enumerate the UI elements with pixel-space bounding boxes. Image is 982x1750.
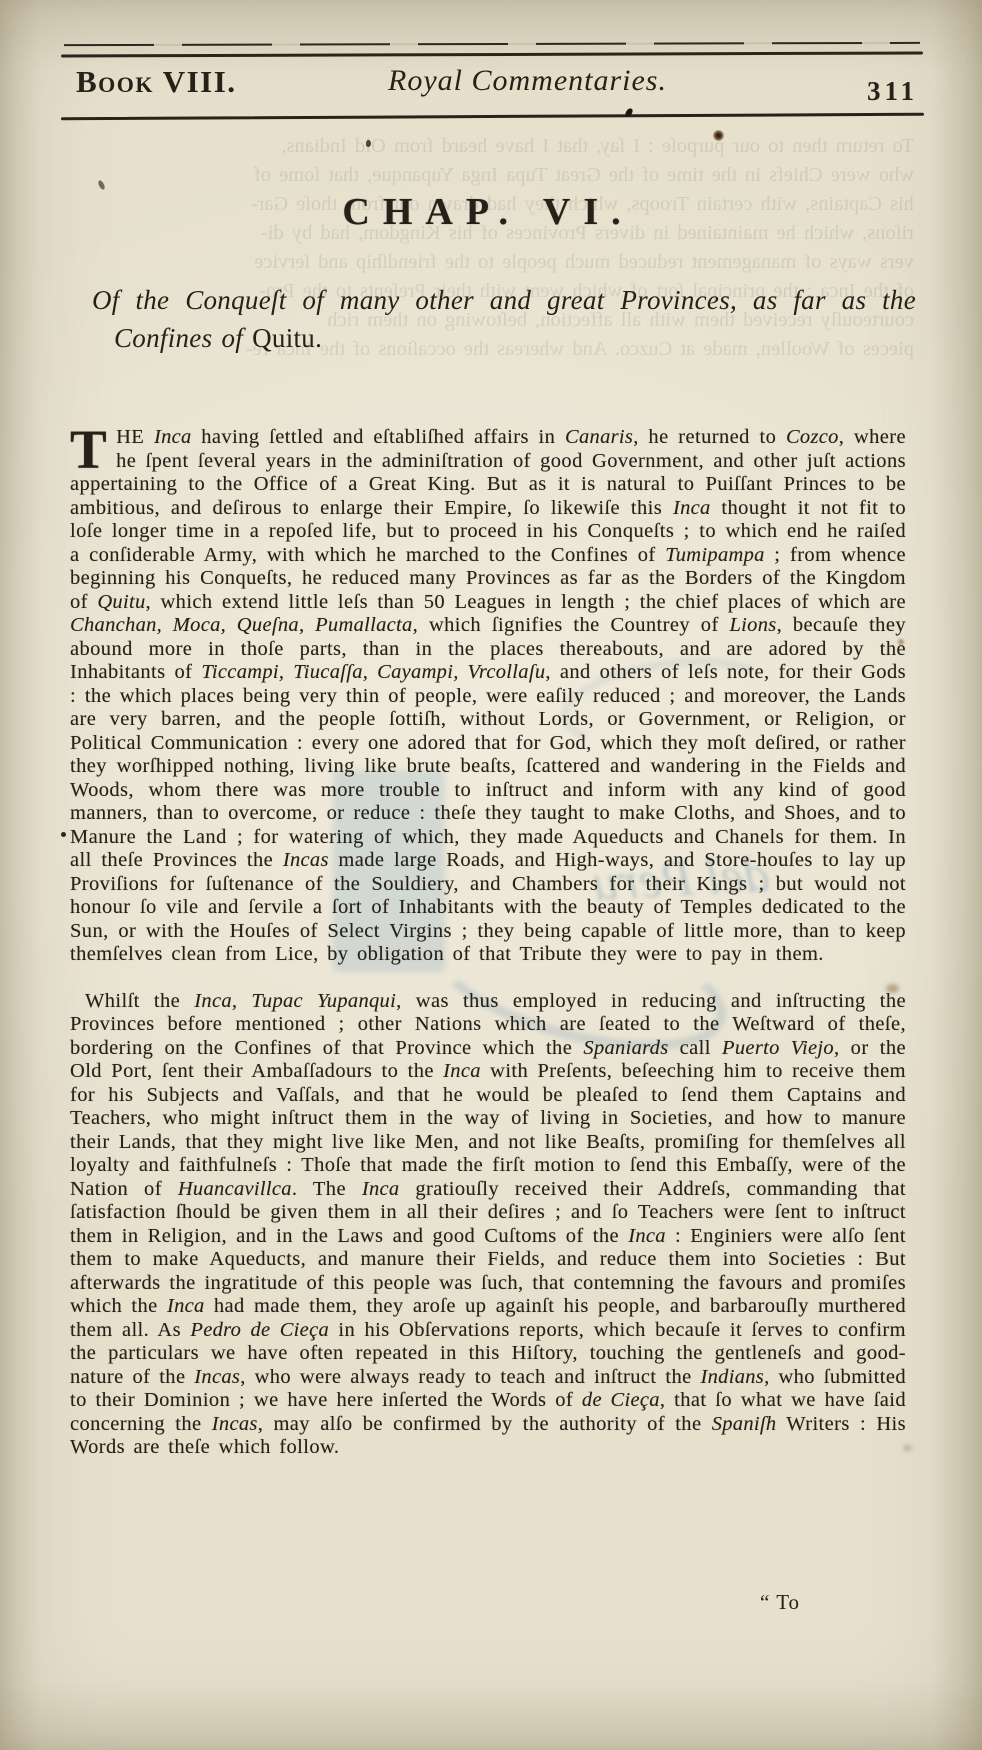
book-label: Book VIII. (76, 64, 237, 100)
top-rule (61, 51, 923, 57)
paragraph-2-text: Whilſt the Inca, Tupac Yupanqui, was thu… (70, 990, 906, 1459)
paragraph-2: Whilſt the Inca, Tupac Yupanqui, was thu… (70, 990, 906, 1460)
drop-cap: T (70, 426, 116, 471)
ink-speck (61, 832, 66, 837)
fox-spot (713, 130, 724, 141)
top-thin-rule (64, 42, 920, 46)
fox-spot (886, 984, 899, 993)
chapter-heading: CHAP. VI. (70, 190, 906, 234)
ink-speck (97, 179, 106, 190)
page-number: 311 (867, 76, 918, 107)
fox-spot (898, 639, 904, 645)
catchword: “ To (760, 1590, 890, 1615)
ink-speck (365, 140, 371, 148)
book-page: { "header": { "book_label": "Book VIII."… (0, 0, 982, 1750)
header-bottom-rule (61, 113, 924, 120)
paragraph-1-text: HE Inca having ſettled and eſtabliſhed a… (70, 426, 906, 965)
text-block: THE Inca having ſettled and eſtabliſhed … (70, 426, 906, 1460)
running-title: Royal Commentaries. (388, 64, 667, 98)
paragraph-1: THE Inca having ſettled and eſtabliſhed … (70, 426, 906, 967)
fox-spot (903, 1445, 912, 1451)
chapter-argument: Of the Conqueſt of many other and great … (92, 281, 916, 357)
